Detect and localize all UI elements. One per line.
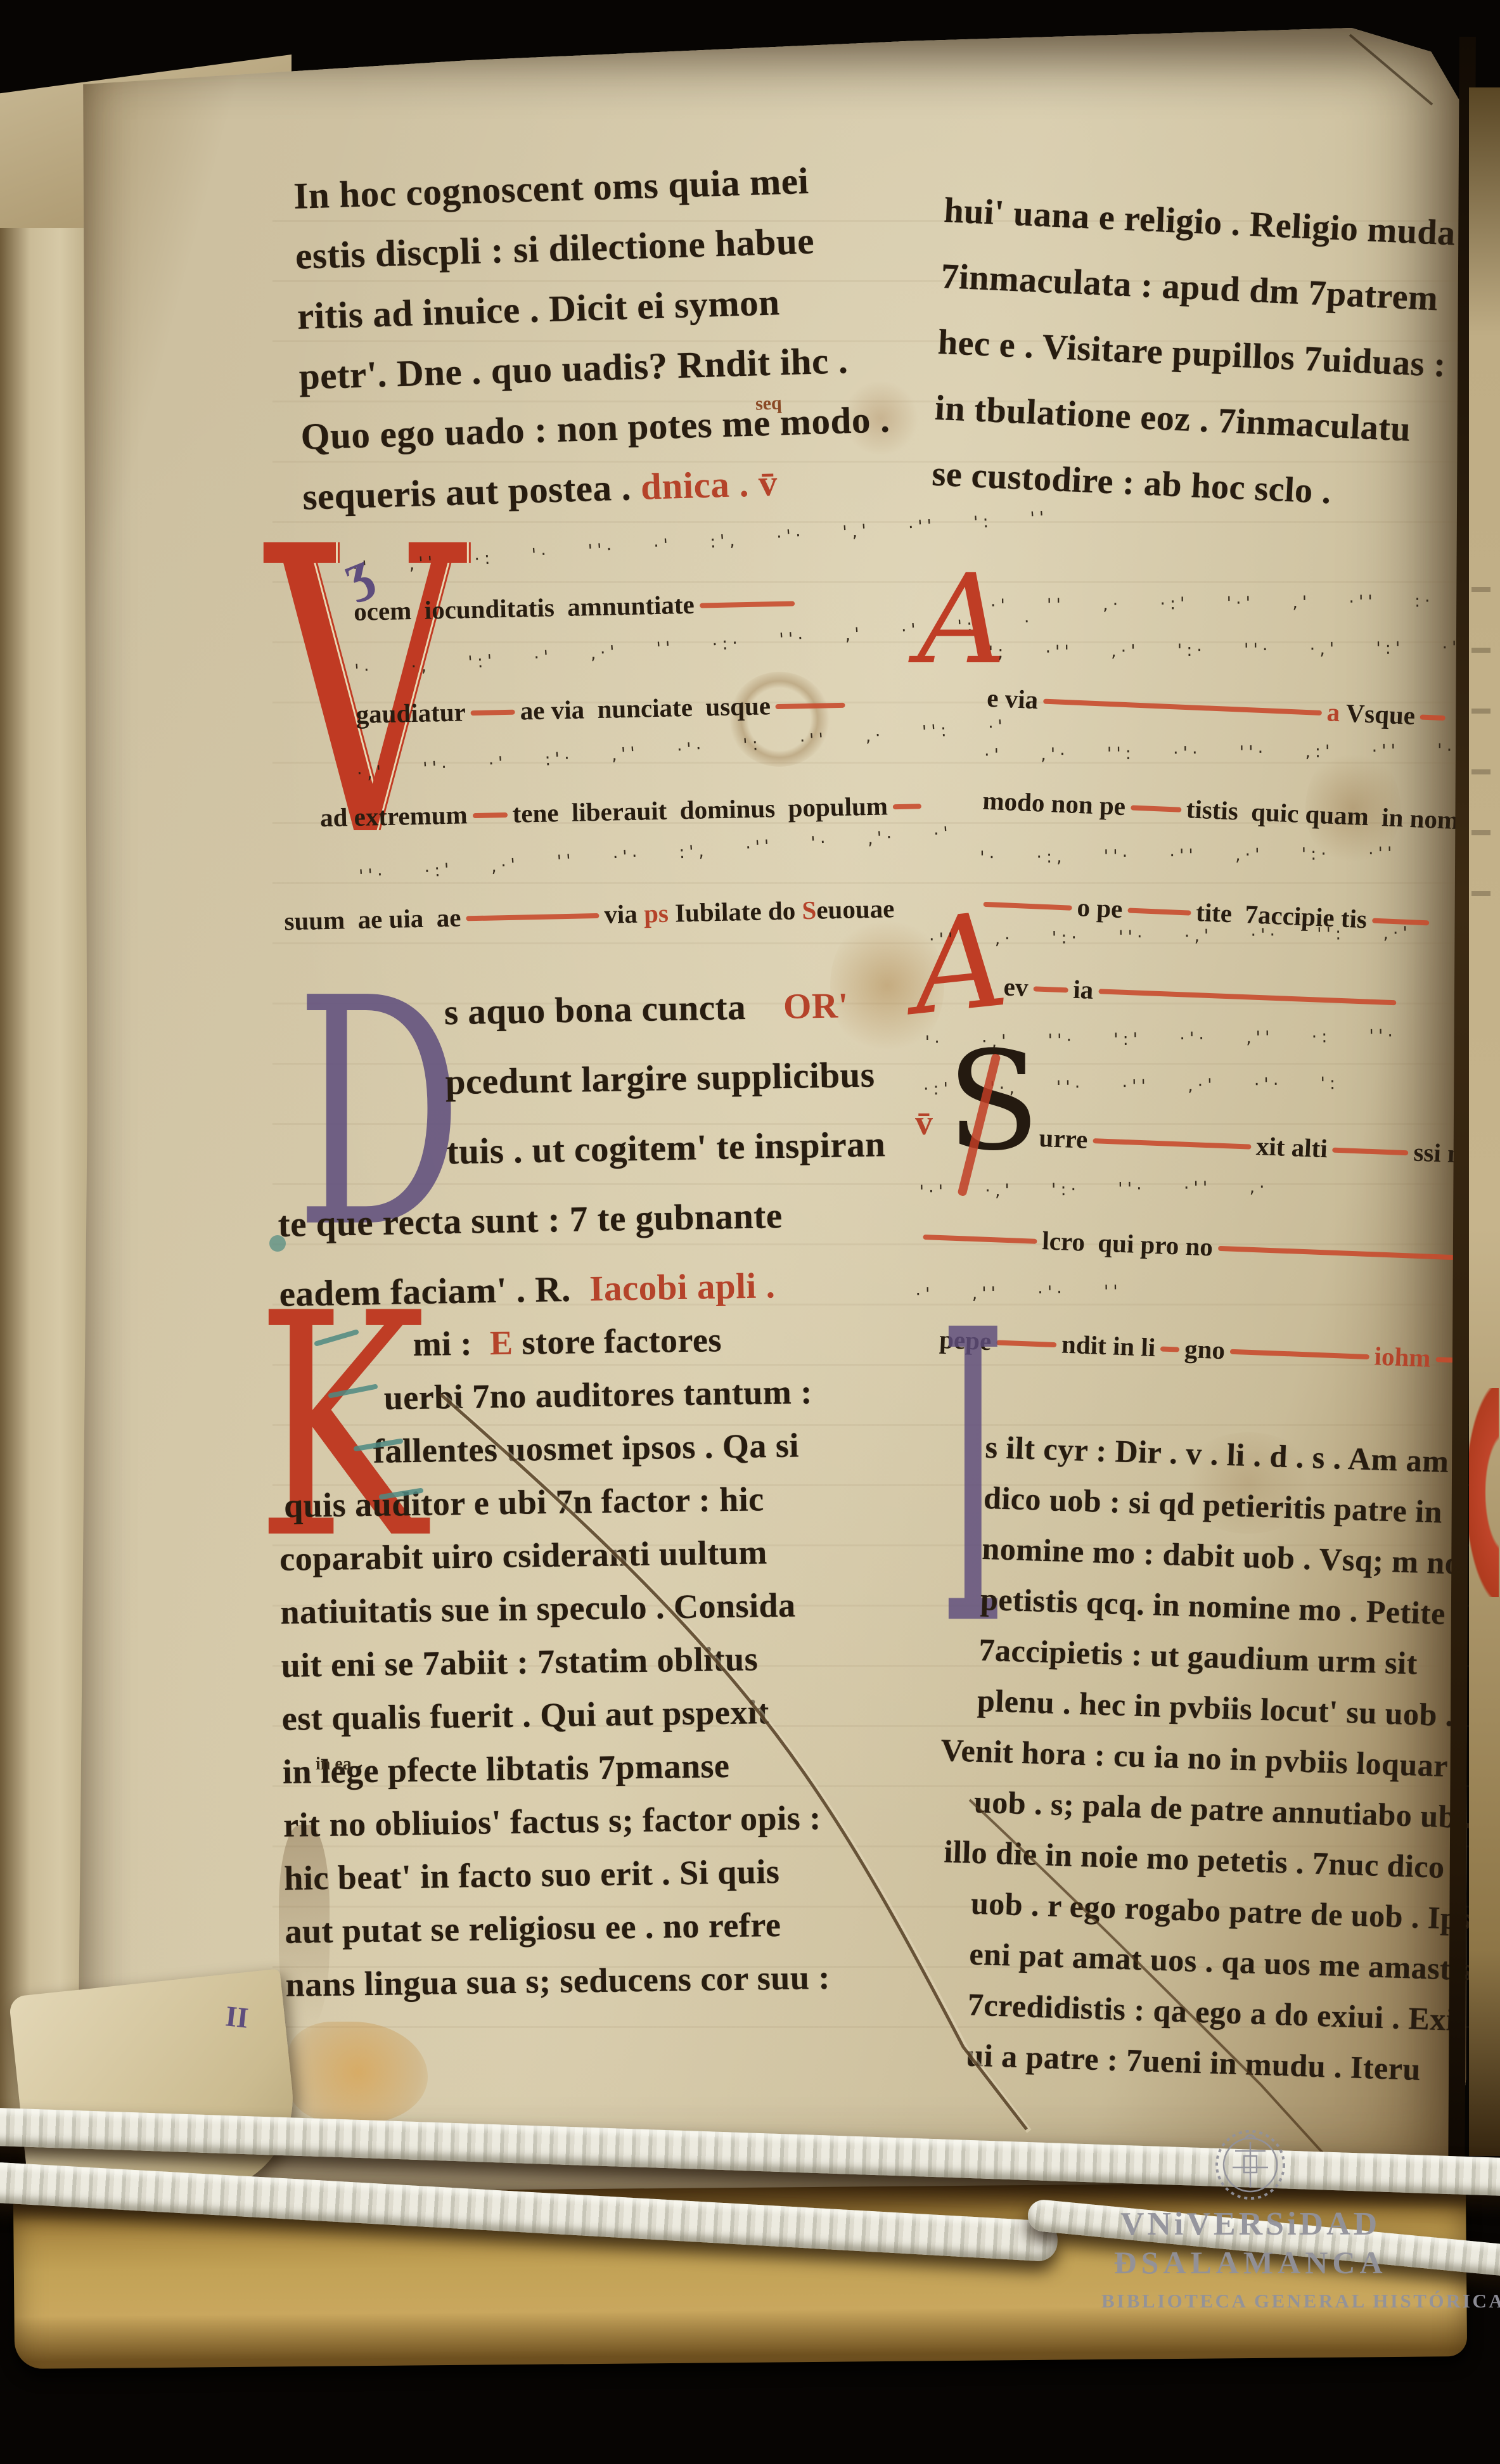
stamp-library: BIBLIOTECA GENERAL HISTÓRICA — [1101, 2290, 1399, 2313]
next-page-text-marks — [1471, 531, 1490, 924]
lectio-iohannis-text: s ilt cyr : Dir . v . li . d . s . Am am… — [965, 1421, 1500, 2096]
text-line: tuis . ut cogitem' te inspiran — [446, 1110, 886, 1187]
text-line: mi : E store factores — [413, 1312, 821, 1371]
interlinear-in-ea: in ea — [316, 1754, 352, 1774]
university-seal-icon — [1214, 2128, 1287, 2202]
lectio-jacobi-text: mi : E store factoresuerbi 7no auditores… — [276, 1312, 830, 2012]
chant-vocem-iocunditatis: ·' ,'' ·: '· ''· ·' :', ·'· ',' ·'' ': '… — [352, 532, 931, 954]
text-line: pcedunt largire supplicibus — [445, 1040, 885, 1117]
quire-mark: II — [224, 1999, 250, 2034]
neume-row: '·' ·,' ':· ''· ·'' ,· — [920, 1174, 1465, 1229]
interlinear-seq: seq — [755, 392, 782, 414]
text-line: est qualis fuerit . Qui aut pspexit — [281, 1684, 826, 1745]
text-line: quis auditor e ubi 7n factor : hic — [284, 1472, 824, 1532]
text-line: s aquo bona cuncta OR' — [444, 970, 883, 1048]
neume-row: ·:' '·, ''· ·'' ,·' ·'· ': — [923, 1072, 1469, 1126]
margin-versus-mark: v̄ — [915, 1103, 933, 1143]
neume-row: ·'' ,· ':· ''· ·,' ·'· '': ,·' — [929, 922, 1475, 977]
manuscript-photo: In hoc cognoscent oms quia meiestis disc… — [0, 0, 1500, 2464]
text-line: aut putat se religiosu ee . no refre — [285, 1897, 830, 1958]
text-line: rit no obliuios' factus s; factor opis : — [283, 1791, 828, 1852]
text-line: nans lingua sua s; seducens cor suu : — [285, 1951, 830, 2012]
chant-alleluia-usque: ·' '' ,· ·:' '·' ,' ·'' :· '·, '''; ·'' … — [977, 583, 1486, 958]
text-line: uit eni se 7abiit : 7statim oblitus — [281, 1631, 826, 1692]
text-line: coparabit uiro csideranti uultum — [279, 1525, 824, 1586]
stamp-university: VNiVERSiDAD — [1101, 2205, 1399, 2243]
text-line: fallentes uosmet ipsos . Qa si — [373, 1418, 823, 1478]
next-page-red-initial-edge — [1469, 1388, 1499, 1597]
text-line: natiuitatis sue in speculo . Consida — [280, 1578, 825, 1639]
neume-row: '; ·'' ,·' ':· ''· ·,' ':' ·'· ,'' — [989, 638, 1484, 690]
neume-row: ·' '' ,· ·:' '·' ,' ·'' :· '·, '' — [990, 591, 1485, 643]
stamp-de-salamanca: ÐSALAMANCA — [1101, 2244, 1399, 2281]
text-line: in lege pfecte libtatis 7pmanse — [282, 1738, 827, 1799]
neume-row: '· ·:, ''· ·'' ,·' ':· ·'' — [980, 843, 1475, 895]
text-line: hic beat' in facto suo erit . Si quis — [284, 1844, 829, 1905]
neume-row: ·' ,'· '': ·'· ''· ,:' ·'' '· — [984, 740, 1479, 792]
right-epistle-end-text: hui' uana e religio . Religio muda7inmac… — [930, 177, 1457, 530]
neume-row: '· ·,' ''· ':' ·'· ,'' ·: ''· — [925, 1025, 1471, 1079]
text-line: uerbi 7no auditores tantum : — [383, 1365, 822, 1425]
next-page-sliver — [1469, 87, 1500, 2156]
library-stamp: VNiVERSiDAD ÐSALAMANCA BIBLIOTECA GENERA… — [1101, 2128, 1399, 2313]
